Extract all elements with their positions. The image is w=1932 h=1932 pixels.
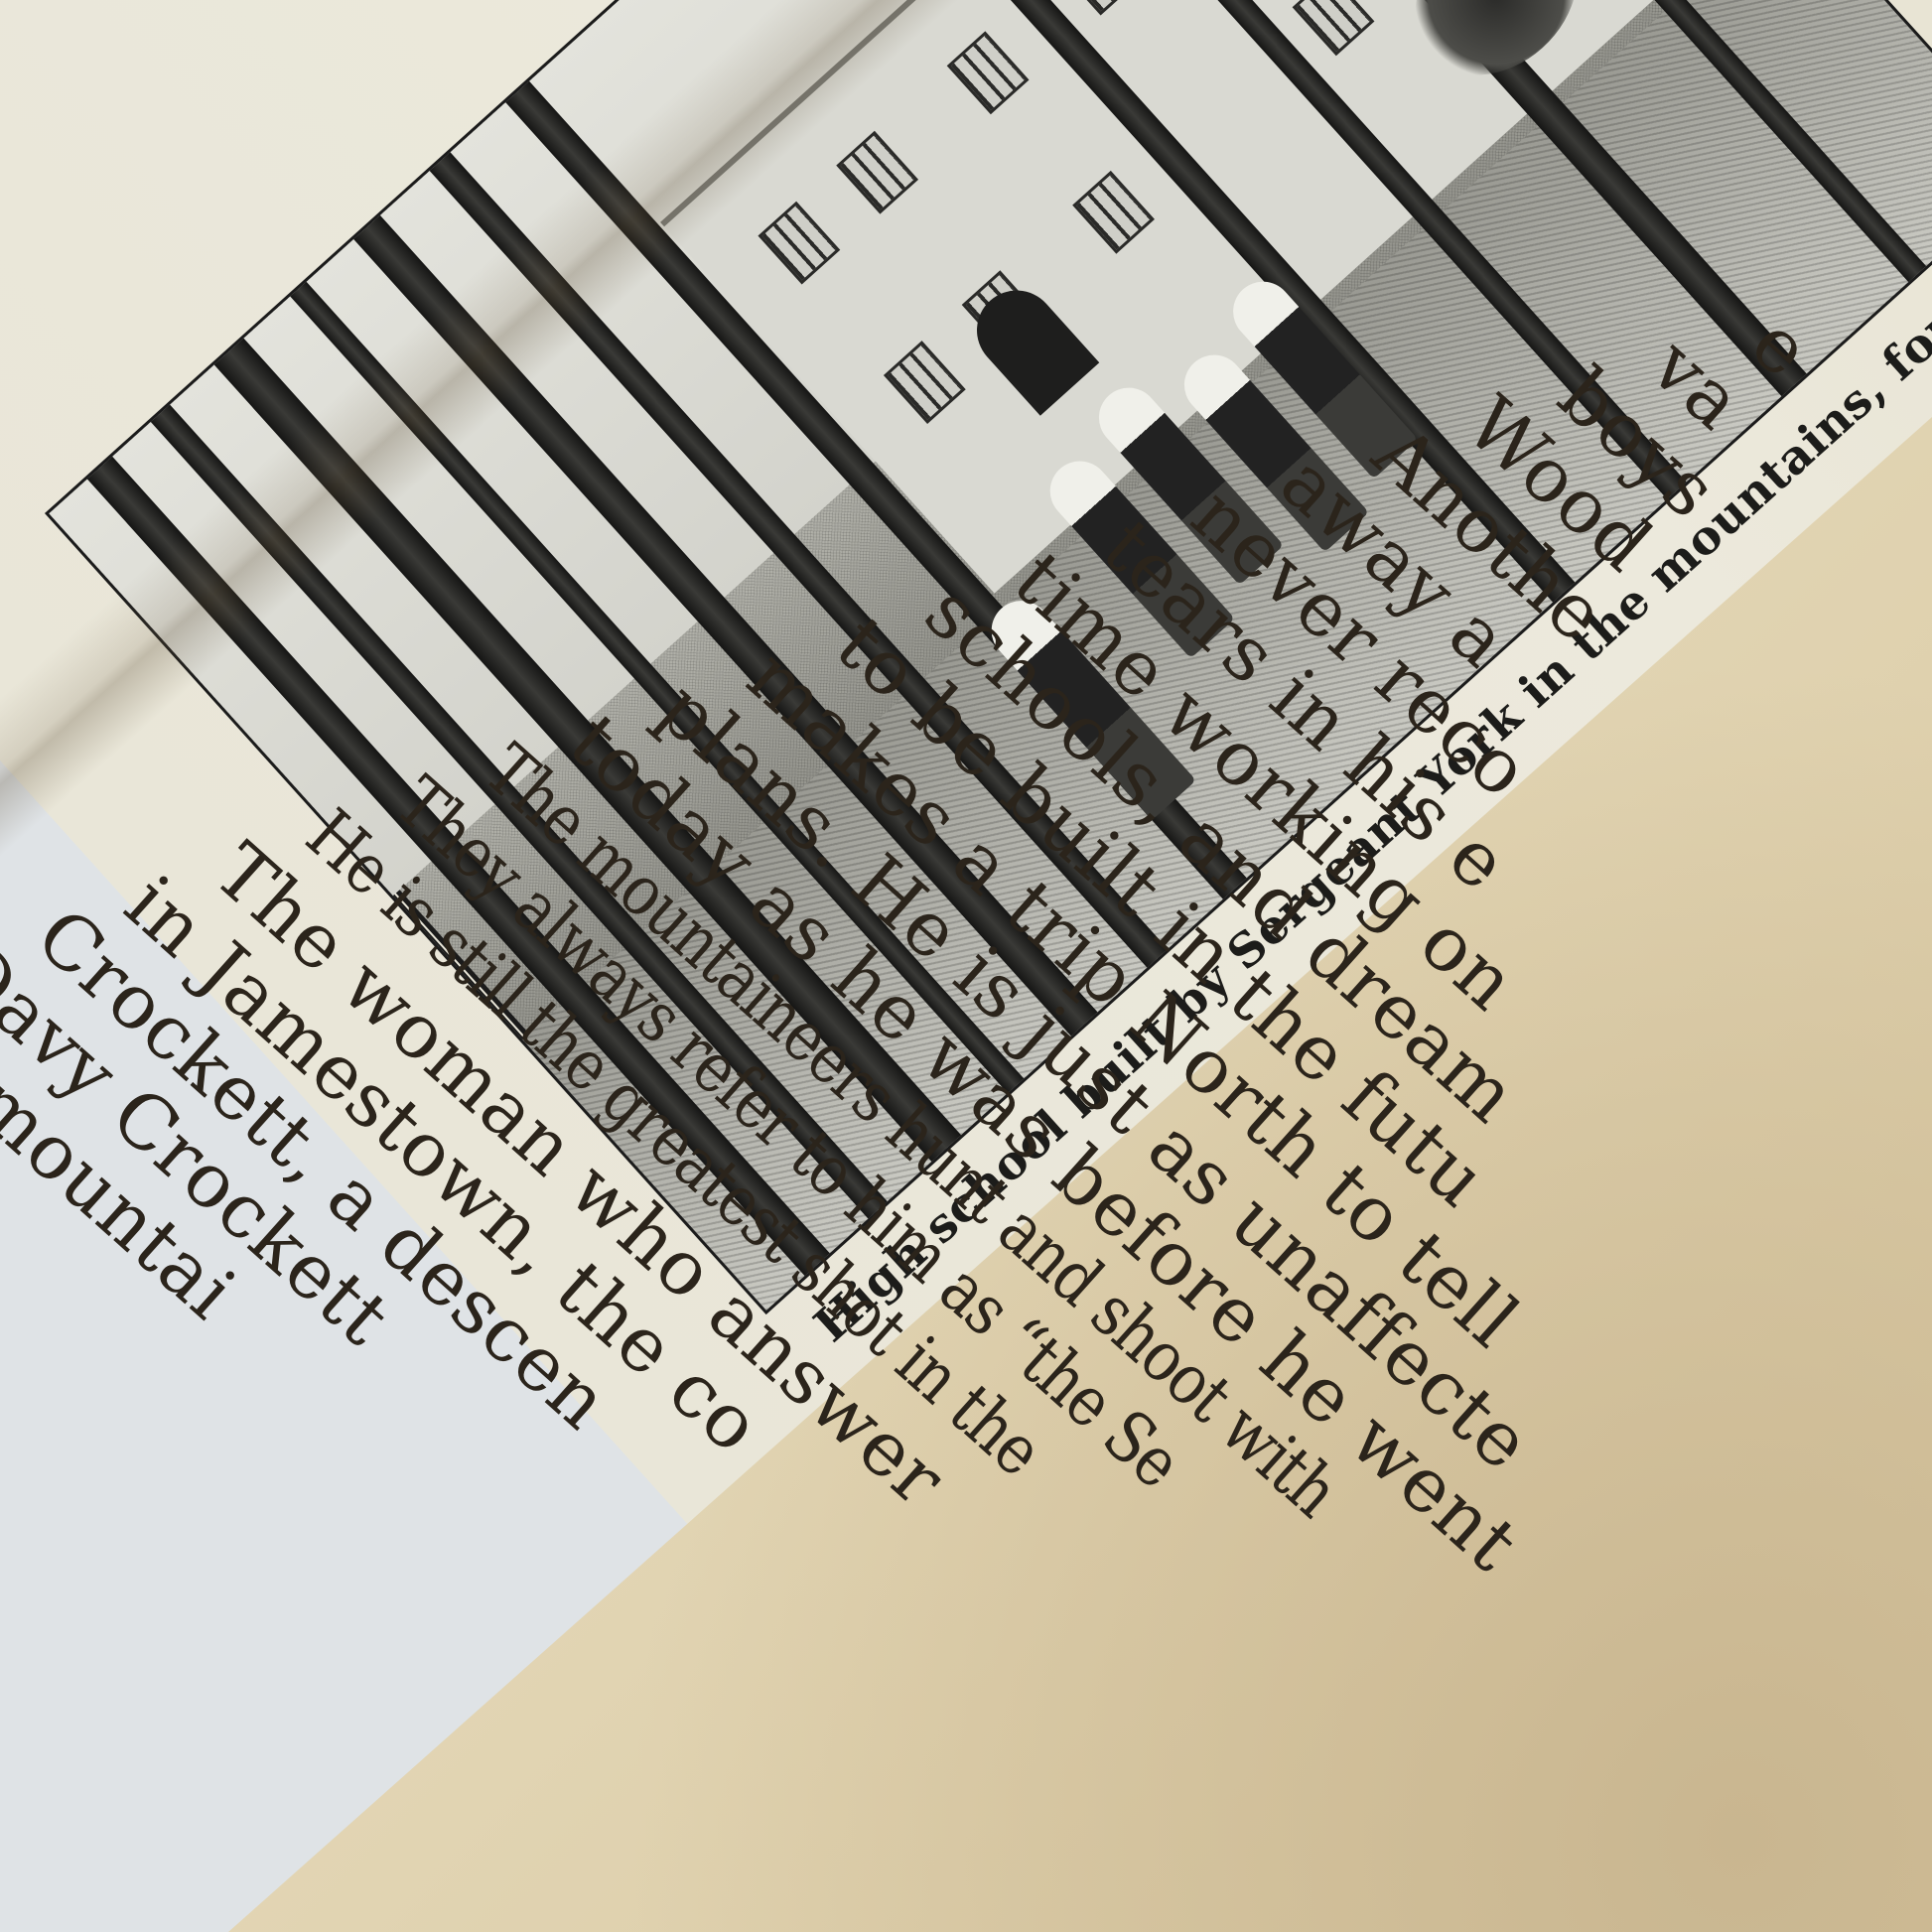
building-window (1293, 0, 1375, 56)
building-window (1056, 0, 1139, 16)
building-window (758, 202, 840, 285)
building-window (1072, 171, 1155, 254)
book-spread: High school built by Sergeant York in th… (0, 0, 1932, 1932)
building-window (836, 131, 918, 214)
building-window (883, 341, 965, 424)
building-window (946, 32, 1029, 115)
